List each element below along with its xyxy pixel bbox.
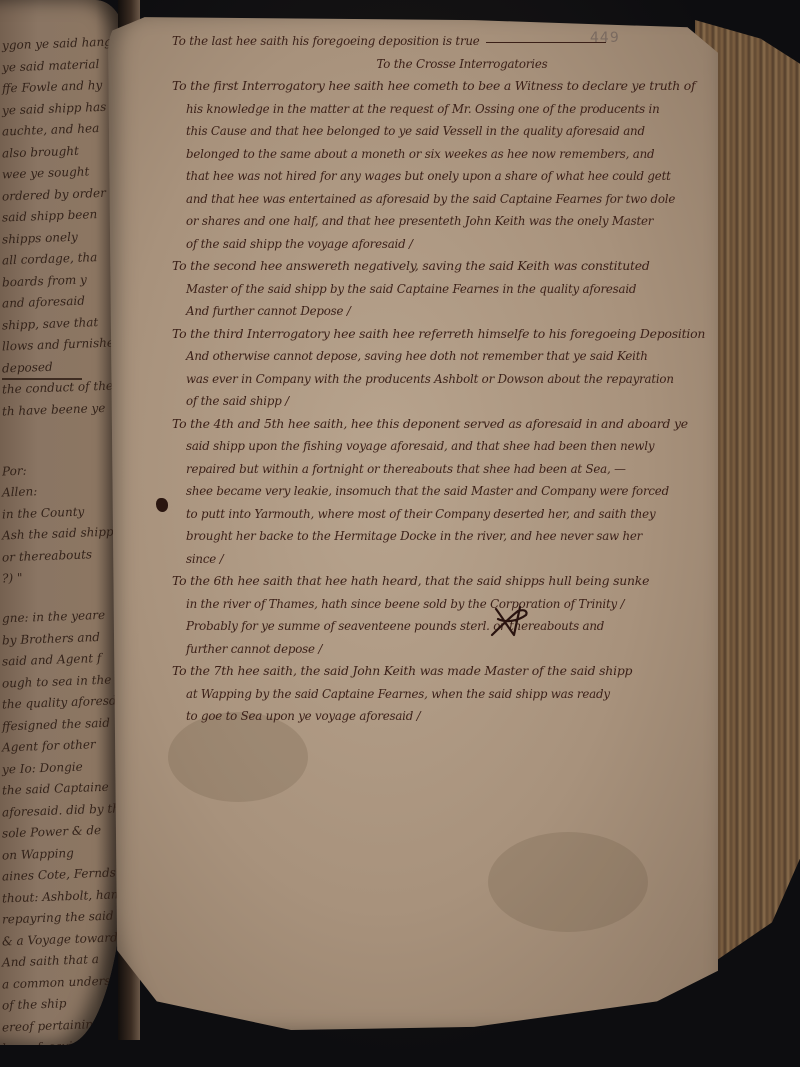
left-page-fragment: llows and furnishe	[2, 335, 125, 354]
manuscript-line: To the last hee saith his foregoeing dep…	[172, 30, 712, 53]
left-page-fragment: Ash the said shipp	[2, 524, 125, 543]
manuscript-line: or shares and one half, and that hee pre…	[172, 210, 712, 233]
signature-mark	[488, 605, 532, 641]
manuscript-line: And further cannot Depose /	[172, 300, 712, 323]
manuscript-line: To the 7th hee saith, the said John Keit…	[172, 660, 712, 683]
left-page-fragment: the said Captaine	[2, 779, 125, 798]
left-page: ygon ye said hangeye said materialffe Fo…	[0, 0, 125, 1045]
left-page-fragment: deposed	[2, 356, 125, 375]
manuscript-line: belonged to the same about a moneth or s…	[172, 143, 712, 166]
left-page-fragment: said and Agent f	[2, 650, 125, 669]
manuscript-line: shee became very leakie, insomuch that t…	[172, 480, 712, 503]
left-page-fragment: aforesaid. did by the	[2, 800, 125, 819]
manuscript-line: and that hee was entertained as aforesai…	[172, 188, 712, 211]
manuscript-line: brought her backe to the Hermitage Docke…	[172, 525, 712, 548]
paper-stain	[488, 832, 648, 932]
left-page-fragment: also brought	[2, 141, 125, 160]
left-page-fragment: shipp, save that	[2, 313, 125, 332]
manuscript-line: To the Crosse Interrogatories	[172, 53, 712, 76]
manuscript-line: said shipp upon the fishing voyage afore…	[172, 435, 712, 458]
manuscript-line: To the 4th and 5th hee saith, hee this d…	[172, 413, 712, 436]
left-page-fragment: auchte, and hea	[2, 120, 125, 139]
left-page-fragment: or thereabouts	[2, 545, 125, 564]
left-page-fragment: ye Io: Dongie	[2, 757, 125, 776]
left-page-fragment: all cordage, tha	[2, 249, 125, 268]
left-page-fragment: & a Voyage towards	[2, 929, 125, 948]
left-page-fragment: Por:	[2, 459, 125, 478]
left-page-fragment: shipps onely	[2, 227, 125, 246]
manuscript-line: was ever in Company with the producents …	[172, 368, 712, 391]
manuscript-line: since /	[172, 548, 712, 571]
left-page-fragment: wee ye sought	[2, 163, 125, 182]
left-page-fragment: ye said material	[2, 55, 125, 74]
manuscript-line: And otherwise cannot depose, saving hee …	[172, 345, 712, 368]
left-page-fragment: Allen:	[2, 481, 125, 500]
manuscript-line: To the first Interrogatory hee saith hee…	[172, 75, 712, 98]
left-page-fragment: ereof pertaining	[2, 1015, 125, 1034]
left-page-fragment: boards from y	[2, 270, 125, 289]
manuscript-line: To the second hee answereth negatively, …	[172, 255, 712, 278]
left-page-fragment: of the ship	[2, 994, 125, 1013]
manuscript-line: To the 6th hee saith that hee hath heard…	[172, 570, 712, 593]
deposition-text: To the last hee saith his foregoeing dep…	[172, 30, 712, 728]
manuscript-line: To the third Interrogatory hee saith hee…	[172, 323, 712, 346]
left-page-fragment: the quality aforesd	[2, 693, 125, 712]
manuscript-line: further cannot depose /	[172, 638, 712, 661]
left-page-fragment: aines Cote, Fernds	[2, 865, 125, 884]
left-page-fragment: th have beene ye	[2, 399, 125, 418]
manuscript-line: Probably for ye summe of seaventeene pou…	[172, 615, 712, 638]
manuscript-line: his knowledge in the matter at the reque…	[172, 98, 712, 121]
left-page-fragment: and aforesaid	[2, 292, 125, 311]
left-page-fragment: ?) "	[2, 567, 125, 586]
manuscript-photo: ygon ye said hangeye said materialffe Fo…	[0, 0, 800, 1067]
left-page-fragment: a common understood	[2, 972, 125, 991]
left-page-fragment: the conduct of the	[2, 378, 125, 397]
manuscript-line: to goe to Sea upon ye voyage aforesaid /	[172, 705, 712, 728]
left-page-fragment: ordered by order	[2, 184, 125, 203]
left-page-fragment: Agent for other	[2, 736, 125, 755]
manuscript-line: that hee was not hired for any wages but…	[172, 165, 712, 188]
left-page-fragment: ffe Fowle and hy	[2, 77, 125, 96]
left-page-fragment: on Wapping	[2, 843, 125, 862]
manuscript-line: at Wapping by the said Captaine Fearnes,…	[172, 683, 712, 706]
left-page-fragment: thout: Ashbolt, ham	[2, 886, 125, 905]
left-page-fragment: gne: in the yeare	[2, 607, 125, 626]
left-page-fragment: said shipp been	[2, 206, 125, 225]
ink-blot	[156, 498, 168, 512]
left-page-fragment: ye said shipp has	[2, 98, 125, 117]
left-page-fragment: in the County	[2, 502, 125, 521]
manuscript-line: of the said shipp the voyage aforesaid /	[172, 233, 712, 256]
left-page-fragment: hereof, saving the	[2, 1037, 125, 1045]
manuscript-line: this Cause and that hee belonged to ye s…	[172, 120, 712, 143]
manuscript-line: repaired but within a fortnight or there…	[172, 458, 712, 481]
divider-rule	[2, 378, 82, 380]
left-page-fragment: sole Power & de	[2, 822, 125, 841]
left-page-fragment: ffesigned the said	[2, 714, 125, 733]
left-page-fragment: by Brothers and	[2, 628, 125, 647]
manuscript-line: to putt into Yarmouth, where most of the…	[172, 503, 712, 526]
left-page-fragment: ygon ye said hange	[2, 34, 125, 53]
manuscript-line: of the said shipp /	[172, 390, 712, 413]
manuscript-line: Master of the said shipp by the said Cap…	[172, 278, 712, 301]
left-page-fragment: repayring the said	[2, 908, 125, 927]
left-page-fragment: ough to sea in the	[2, 671, 125, 690]
manuscript-line: in the river of Thames, hath since beene…	[172, 593, 712, 616]
left-page-fragment: And saith that a	[2, 951, 125, 970]
